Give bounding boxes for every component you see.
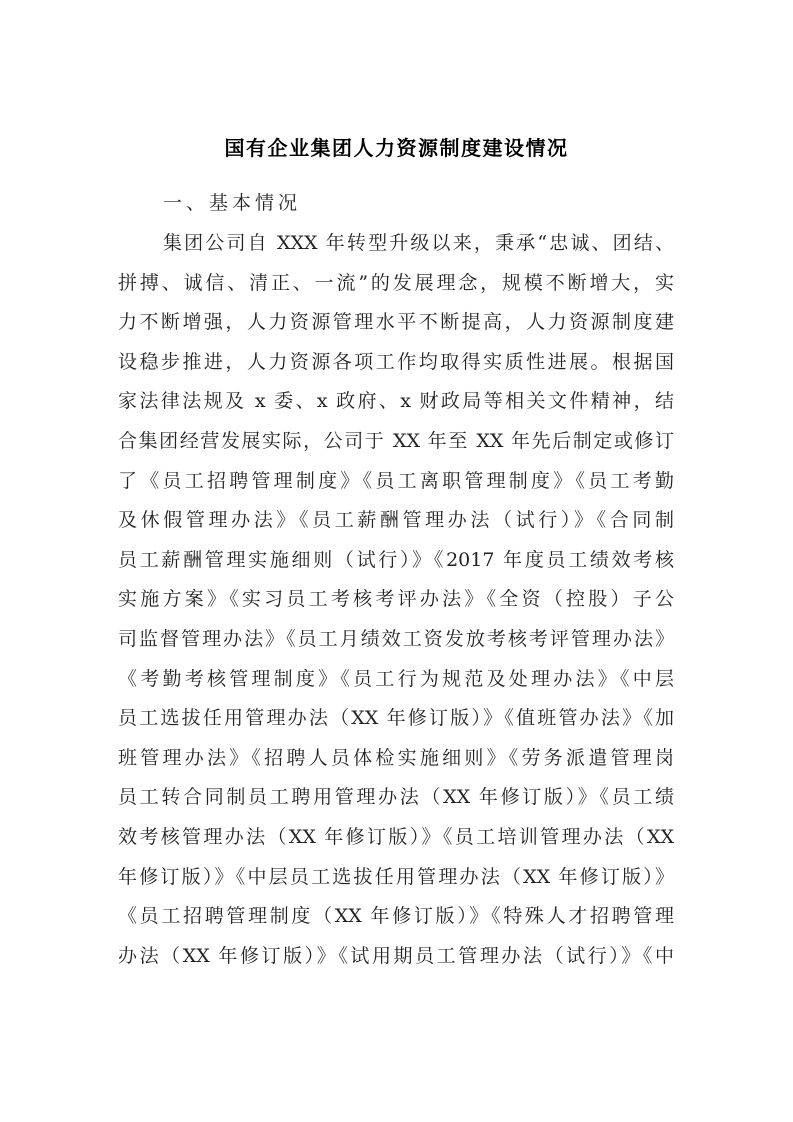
- document-page: 国有企业集团人力资源制度建设情况 一、基本情况 集团公司自 XXX 年转型升级以…: [0, 0, 793, 1122]
- paragraph-line: 力不断增强，人力资源管理水平不断提高，人力资源制度建: [118, 303, 674, 343]
- paragraph-line: 集团公司自 XXX 年转型升级以来，秉承“忠诚、团结、: [118, 224, 674, 264]
- paragraph-line: 合集团经营发展实际，公司于 XX 年至 XX 年先后制定或修订: [118, 422, 674, 462]
- paragraph-line: 效考核管理办法（XX 年修订版）》《员工培训管理办法（XX: [118, 818, 674, 858]
- paragraph-line: 了《员工招聘管理制度》《员工离职管理制度》《员工考勤: [118, 462, 674, 502]
- document-title: 国有企业集团人力资源制度建设情况: [0, 132, 793, 161]
- paragraph-line: 及休假管理办法》《员工薪酬管理办法（试行）》《合同制: [118, 501, 674, 541]
- paragraph-line: 家法律法规及 x 委、x 政府、x 财政局等相关文件精神，结: [118, 382, 674, 422]
- paragraph-line: 员工转合同制员工聘用管理办法（XX 年修订版）》《员工绩: [118, 778, 674, 818]
- paragraph-line: 《考勤考核管理制度》《员工行为规范及处理办法》《中层: [118, 660, 674, 700]
- paragraph-line: 《员工招聘管理制度（XX 年修订版）》《特殊人才招聘管理: [118, 897, 674, 937]
- paragraph-line: 实施方案》《实习员工考核考评办法》《全资（控股）子公: [118, 580, 674, 620]
- paragraph-line: 班管理办法》《招聘人员体检实施细则》《劳务派遣管理岗: [118, 739, 674, 779]
- paragraph-line: 司监督管理办法》《员工月绩效工资发放考核考评管理办法》: [118, 620, 674, 660]
- section-heading: 一、基本情况: [163, 188, 301, 215]
- paragraph-line: 拼搏、诚信、清正、一流”的发展理念，规模不断增大，实: [118, 264, 674, 304]
- paragraph-line: 员工选拔任用管理办法（XX 年修订版）》《值班管办法》《加: [118, 699, 674, 739]
- paragraph-line: 办法（XX 年修订版）》《试用期员工管理办法（试行）》《中: [118, 937, 674, 977]
- paragraph-line: 员工薪酬管理实施细则（试行）》《2017 年度员工绩效考核: [118, 541, 674, 581]
- paragraph-line: 设稳步推进，人力资源各项工作均取得实质性进展。根据国: [118, 343, 674, 383]
- paragraph-line: 年修订版）》《中层员工选拔任用管理办法（XX 年修订版）》: [118, 858, 674, 898]
- body-paragraph: 集团公司自 XXX 年转型升级以来，秉承“忠诚、团结、 拼搏、诚信、清正、一流”…: [118, 224, 674, 976]
